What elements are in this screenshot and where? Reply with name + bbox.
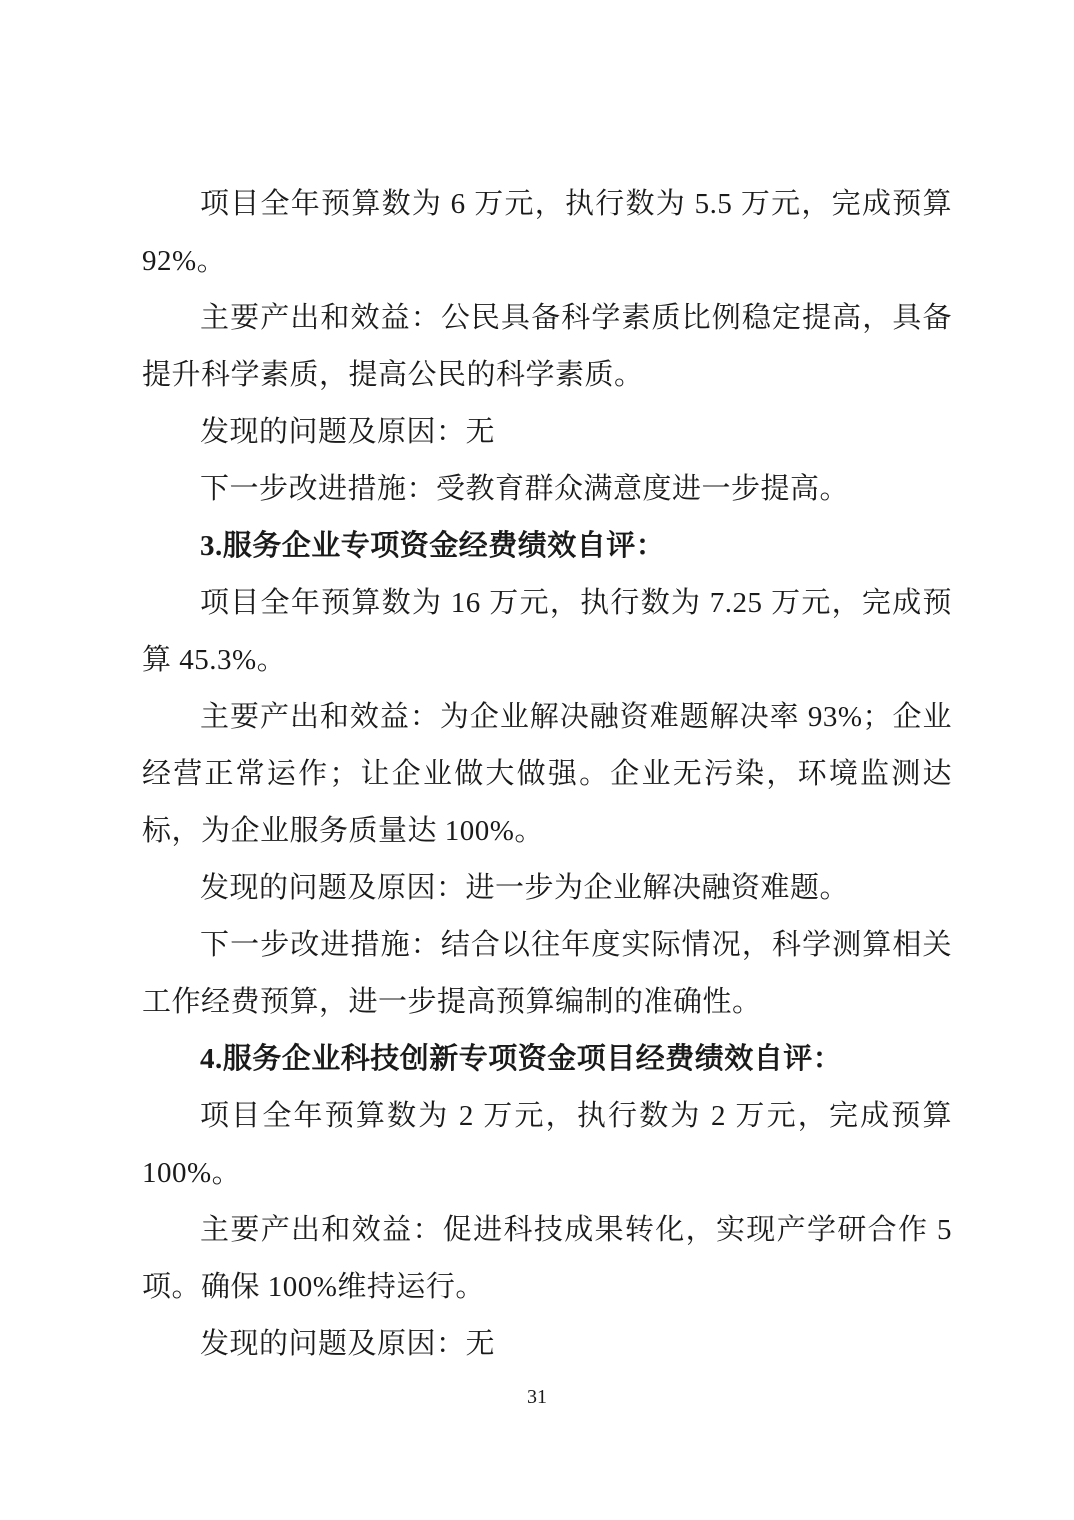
document-page: 项目全年预算数为 6 万元，执行数为 5.5 万元，完成预算 92%。 主要产出… bbox=[0, 0, 1074, 1520]
paragraph-budget-summary-item4: 项目全年预算数为 2 万元，执行数为 2 万元，完成预算 100%。 bbox=[142, 1088, 952, 1202]
section-3-heading: 3.服务企业专项资金经费绩效自评： bbox=[142, 518, 952, 575]
paragraph-outputs-benefits-item3: 主要产出和效益：为企业解决融资难题解决率 93%；企业经营正常运作；让企业做大做… bbox=[142, 689, 952, 860]
section-4-heading: 4.服务企业科技创新专项资金项目经费绩效自评： bbox=[142, 1031, 952, 1088]
paragraph-outputs-benefits-item4: 主要产出和效益：促进科技成果转化，实现产学研合作 5 项。确保 100%维持运行… bbox=[142, 1202, 952, 1316]
paragraph-budget-summary-item2: 项目全年预算数为 6 万元，执行数为 5.5 万元，完成预算 92%。 bbox=[142, 176, 952, 290]
paragraph-next-steps-item2: 下一步改进措施：受教育群众满意度进一步提高。 bbox=[142, 461, 952, 518]
paragraph-budget-summary-item3: 项目全年预算数为 16 万元，执行数为 7.25 万元，完成预算 45.3%。 bbox=[142, 575, 952, 689]
paragraph-problems-item3: 发现的问题及原因：进一步为企业解决融资难题。 bbox=[142, 860, 952, 917]
paragraph-next-steps-item3: 下一步改进措施：结合以往年度实际情况，科学测算相关工作经费预算，进一步提高预算编… bbox=[142, 917, 952, 1031]
page-number: 31 bbox=[527, 1386, 547, 1408]
paragraph-problems-item2: 发现的问题及原因：无 bbox=[142, 404, 952, 461]
page-footer: 31 bbox=[0, 1386, 1074, 1409]
document-body: 项目全年预算数为 6 万元，执行数为 5.5 万元，完成预算 92%。 主要产出… bbox=[142, 176, 952, 1373]
paragraph-outputs-benefits-item2: 主要产出和效益：公民具备科学素质比例稳定提高，具备提升科学素质，提高公民的科学素… bbox=[142, 290, 952, 404]
paragraph-problems-item4: 发现的问题及原因：无 bbox=[142, 1316, 952, 1373]
